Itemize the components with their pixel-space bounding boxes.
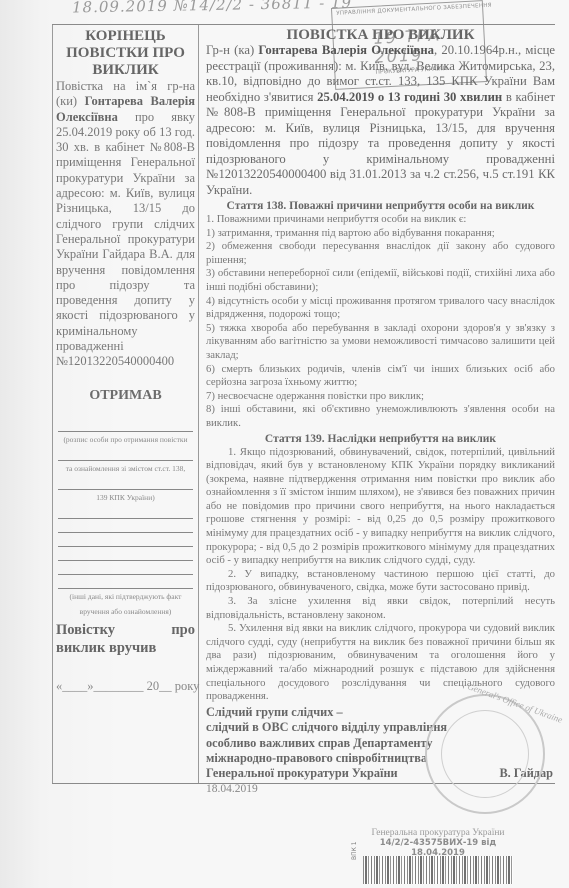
signature-line[interactable] [58, 476, 193, 490]
signature-note-2: та ознайомлення зі змістом ст.ст. 138, [56, 461, 195, 476]
article-138-item: 6) смерть близьких родичів, членів сім'ї… [206, 363, 555, 390]
other-data-line[interactable] [58, 533, 193, 547]
barcode-icon [363, 856, 513, 884]
article-138-item: 1. Поважними причинами неприбуття особи … [206, 213, 555, 227]
signature-line[interactable] [58, 418, 193, 432]
outgoing-stamp-number: 14/2/2-43575ВИХ-19 від [358, 838, 518, 848]
summons-prefix: Гр-н (ка) [206, 43, 254, 57]
article-138-item: 7) несвоєчасне одержання повістки про ви… [206, 390, 555, 404]
article-138-item: 4) відсутність особи у місці проживання … [206, 295, 555, 322]
article-138-item: 2) обмеження свободи пересування внаслід… [206, 240, 555, 267]
signature-note-1: (розпис особи про отримання повістки [56, 432, 195, 447]
other-data-line[interactable] [58, 547, 193, 561]
article-138-title: Стаття 138. Поважні причини неприбуття о… [206, 199, 555, 213]
article-139-item: 5. Ухилення від явки на виклик слідчого,… [206, 622, 555, 704]
stub-body: Повістка на ім`я гр-на (ки) Гонтарева Ва… [56, 79, 195, 370]
other-data-line[interactable] [58, 575, 193, 589]
summons-part2: в кабінет №808-В приміщення Генеральної … [206, 90, 555, 197]
signature-line[interactable] [58, 447, 193, 461]
article-139-title: Стаття 139. Наслідки неприбуття на викли… [206, 432, 555, 446]
handed-date-line[interactable]: «____»________ 20__ року [56, 679, 195, 694]
other-data-note-1: (інші дані, які підтверджують факт [56, 589, 195, 604]
summons-person-name: Гонтарева Валерія Олексіївна [258, 43, 434, 57]
barcode-label: ВПК 1 [351, 841, 358, 860]
summons-main: ПОВІСТКА ПРО ВИКЛИК Гр-н (ка) Гонтарева … [206, 25, 555, 783]
summons-datetime: 25.04.2019 о 13 годині 30 хвилин [317, 90, 502, 104]
article-138-item: 3) обставини непереборної сили (епідемії… [206, 267, 555, 294]
summons-body: Гр-н (ка) Гонтарева Валерія Олексіївна, … [206, 43, 555, 198]
summons-stub: КОРІНЕЦЬ ПОВІСТКИ ПРО ВИКЛИК Повістка на… [52, 25, 199, 783]
article-138-item: 8) інші обставини, які об'єктивно унемож… [206, 403, 555, 430]
article-138-list: 1. Поважними причинами неприбуття особи … [206, 213, 555, 431]
article-139-item: 3. За злісне ухилення від явки свідок, п… [206, 595, 555, 622]
stub-details: про явку 25.04.2019 року об 13 год. 30 х… [56, 110, 195, 369]
outgoing-registration-stamp: Генеральна прокуратура України 14/2/2-43… [358, 828, 518, 858]
received-label: ОТРИМАВ [56, 388, 195, 404]
article-138-item: 1) затримання, тримання під вартою або в… [206, 227, 555, 241]
other-data-line[interactable] [58, 561, 193, 575]
summons-form: КОРІНЕЦЬ ПОВІСТКИ ПРО ВИКЛИК Повістка на… [52, 24, 555, 784]
other-data-line[interactable] [58, 505, 193, 519]
handed-by-label: Повістку про виклик вручив [56, 621, 195, 657]
article-138-item: 5) тяжка хвороба або перебування в закла… [206, 322, 555, 363]
stub-title: КОРІНЕЦЬ ПОВІСТКИ ПРО ВИКЛИК [56, 28, 195, 79]
article-139-item: 1. Якщо підозрюваний, обвинувачений, сві… [206, 446, 555, 568]
other-data-line[interactable] [58, 519, 193, 533]
article-139-list: 1. Якщо підозрюваний, обвинувачений, сві… [206, 446, 555, 704]
other-data-note-2: вручення або ознайомлення) [56, 604, 195, 619]
signature-note-3: 139 КПК України) [56, 490, 195, 505]
outgoing-stamp-org: Генеральна прокуратура України [358, 828, 518, 838]
summons-title: ПОВІСТКА ПРО ВИКЛИК [206, 27, 555, 43]
official-seal-icon: General's Office of Ukraine [425, 694, 545, 814]
article-139-item: 2. У випадку, встановленому частиною пер… [206, 568, 555, 595]
